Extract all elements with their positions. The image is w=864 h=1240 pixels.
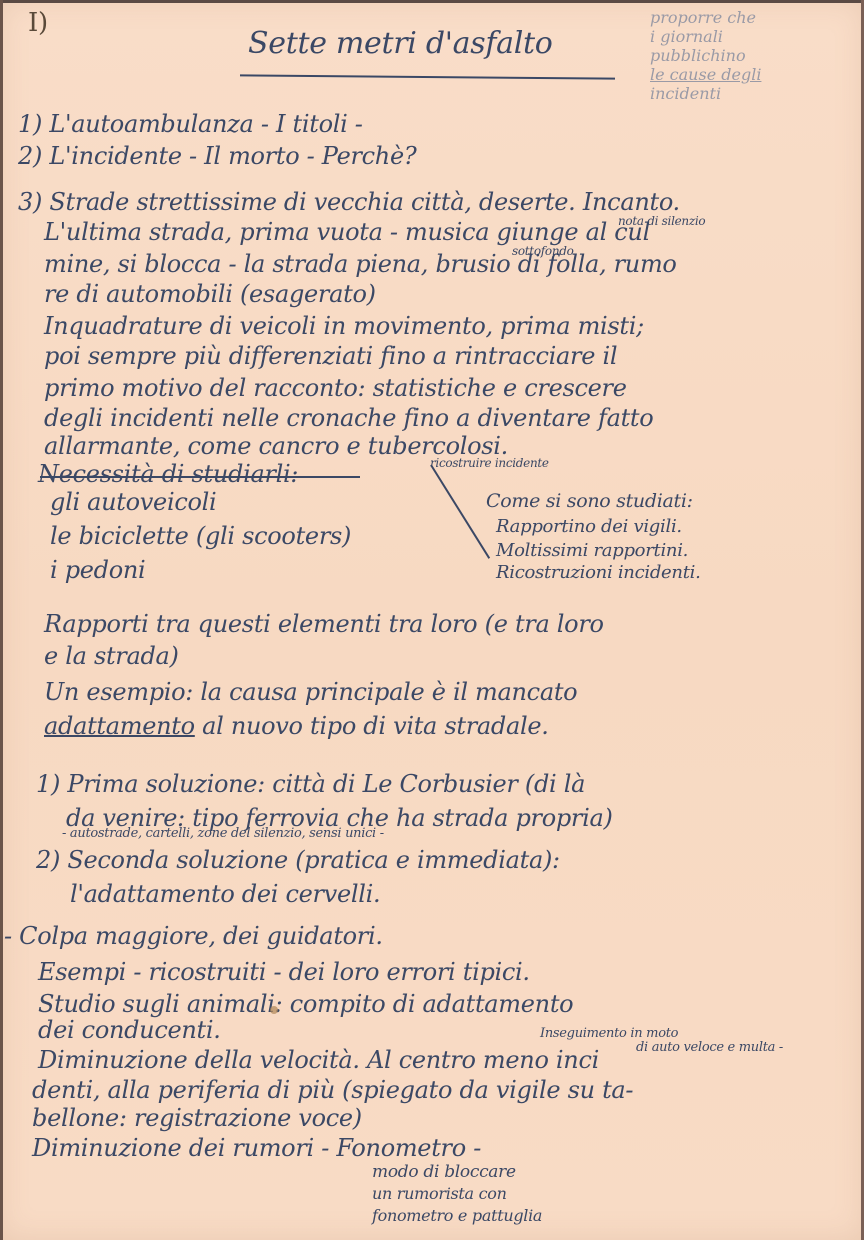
line-19: 2) Seconda soluzione (pratica e immediat… <box>36 846 560 874</box>
interlinear-note: ricostruire incidente <box>430 456 549 470</box>
section-heading: Necessità di studiarli: <box>38 460 298 488</box>
line-21: - Colpa maggiore, dei guidatori. <box>4 922 383 950</box>
footnote-line: modo di bloccare <box>372 1162 516 1182</box>
line-23: Studio sugli animali: compito di adattam… <box>38 990 573 1018</box>
line-5: mine, si blocca - la strada piena, brusi… <box>44 250 677 278</box>
line-26: denti, alla periferia di più (spiegato d… <box>32 1076 633 1104</box>
pencil-note-line: incidenti <box>650 84 761 103</box>
line-7: Inquadrature di veicoli in movimento, pr… <box>44 312 644 340</box>
line-10: degli incidenti nelle cronache fino a di… <box>44 404 653 432</box>
line-28: Diminuzione dei rumori - Fonometro - <box>32 1134 481 1162</box>
line-9: primo motivo del racconto: statistiche e… <box>44 374 627 402</box>
line-24: dei conducenti. <box>38 1016 221 1044</box>
footnote-line: fonometro e pattuglia <box>372 1206 542 1225</box>
line-4: L'ultima strada, prima vuota - musica gi… <box>44 218 650 246</box>
line-6: re di automobili (esagerato) <box>44 280 376 308</box>
line-3: 3) Strade strettissime di vecchia città,… <box>18 188 680 216</box>
connector-line <box>430 464 490 558</box>
ink-stain <box>270 1006 278 1014</box>
sheet-number: I) <box>28 8 48 38</box>
interlinear-note: di auto veloce e multa - <box>636 1040 783 1055</box>
list-item-right: Moltissimi rapportini. <box>496 540 688 561</box>
manuscript-page: I) Sette metri d'asfalto proporre che i … <box>0 0 864 1240</box>
line-13: Rapporti tra questi elementi tra loro (e… <box>44 610 604 638</box>
line-22: Esempi - ricostruiti - dei loro errori t… <box>38 958 530 986</box>
page-edge-left <box>0 0 3 1240</box>
pencil-margin-note: proporre che i giornali pubblichino le c… <box>650 8 761 103</box>
line-27: bellone: registrazione voce) <box>32 1104 362 1132</box>
line-1: 1) L'autoambulanza - I titoli - <box>18 110 363 138</box>
line-16-rest: al nuovo tipo di vita stradale. <box>195 712 549 740</box>
heading-underline <box>40 476 360 478</box>
pencil-note-line: i giornali <box>650 27 761 46</box>
list-item-right: Ricostruzioni incidenti. <box>496 562 701 583</box>
list-item-right: Rapportino dei vigili. <box>496 516 682 537</box>
line-14: e la strada) <box>44 642 179 670</box>
underlined-word: adattamento <box>44 712 195 740</box>
list-item-left: le biciclette (gli scooters) <box>50 522 351 550</box>
line-15: Un esempio: la causa principale è il man… <box>44 678 577 706</box>
line-8: poi sempre più differenziati fino a rint… <box>44 342 617 370</box>
line-25: Diminuzione della velocità. Al centro me… <box>38 1046 599 1074</box>
interlinear-note: - autostrade, cartelli, zone del silenzi… <box>62 826 384 841</box>
list-item-left: i pedoni <box>50 556 145 584</box>
page-title: Sette metri d'asfalto <box>248 26 553 61</box>
footnote-line: un rumorista con <box>372 1184 507 1203</box>
title-underline <box>240 74 615 79</box>
line-17: 1) Prima soluzione: città di Le Corbusie… <box>36 770 585 798</box>
line-16: adattamento al nuovo tipo di vita strada… <box>44 712 549 740</box>
line-20: l'adattamento dei cervelli. <box>70 880 380 908</box>
list-item-right: Come si sono studiati: <box>486 490 693 512</box>
list-item-left: gli autoveicoli <box>50 488 216 516</box>
pencil-note-line: proporre che <box>650 8 761 27</box>
pencil-note-line: le cause degli <box>650 65 761 84</box>
pencil-note-line: pubblichino <box>650 46 761 65</box>
page-edge-top <box>0 0 864 3</box>
line-2: 2) L'incidente - Il morto - Perchè? <box>18 142 416 170</box>
interlinear-note: Inseguimento in moto <box>540 1026 678 1041</box>
